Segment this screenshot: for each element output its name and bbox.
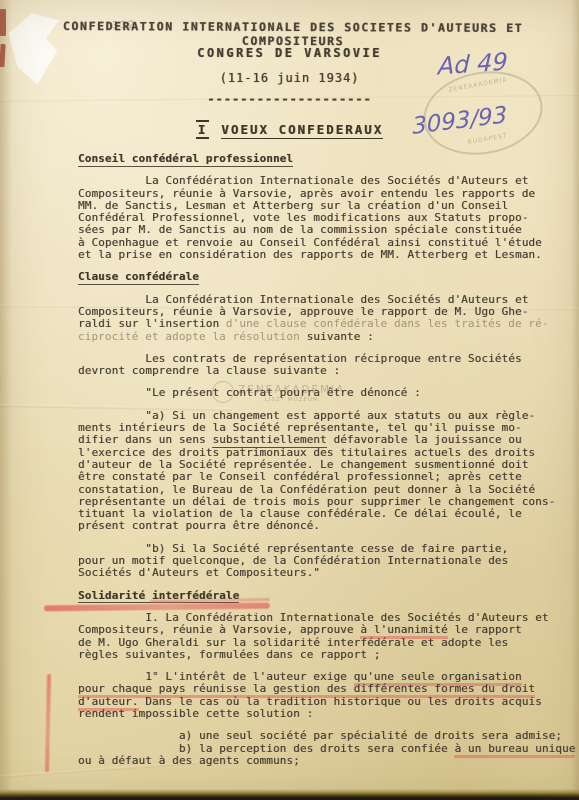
- doc-line: devront comprendre la clause suivante :: [78, 365, 570, 377]
- document-header-line1: CONFEDERATION INTERNATIONALE DES SOCIETE…: [28, 19, 558, 49]
- para-conseil-confederal: La Confédération Internationale des Soci…: [78, 175, 570, 261]
- doc-line: rendent impossible cette solution :: [78, 708, 570, 720]
- document-scan: 332 CONFEDERATION INTERNATIONALE DES SOC…: [0, 0, 579, 800]
- page-title: IVOEUX CONFEDERAUX: [0, 122, 579, 137]
- title-text: VOEUX CONFEDERAUX: [221, 122, 383, 139]
- doc-line: présent contrat pourra être dénoncé.: [78, 520, 570, 532]
- title-roman-numeral: I: [196, 120, 210, 139]
- para-solutions-ab: a) une seul société par spécialité de dr…: [78, 730, 570, 767]
- para-clause-confederale: La Confédération Internationale des Soci…: [78, 294, 570, 343]
- paper-right-edge-shadow: [571, 0, 579, 800]
- doc-line: Clause confédérale: [78, 271, 570, 283]
- doc-line: Sociétés d'Auteurs et Compositeurs.": [78, 567, 570, 579]
- heading-clause-confederale: Clause confédérale: [78, 271, 570, 283]
- para-clause-b: "b) Si la Société représentante cesse de…: [78, 543, 570, 580]
- para-solidarite: I. La Confédération Internationale des S…: [78, 612, 570, 661]
- doc-line: règles suivantes, formulées dans ce rapp…: [78, 649, 570, 661]
- red-pencil-margin-line: [45, 674, 51, 772]
- doc-body: Conseil confédéral professionnel La Conf…: [78, 153, 570, 767]
- heading-conseil-confederal: Conseil confédéral professionnel: [78, 153, 570, 165]
- scan-bottom-edge: [0, 789, 579, 800]
- para-clause-a: "a) Si un changement est apporté aux sta…: [78, 410, 570, 533]
- para-contrats: Les contrats de représentation réciproqu…: [78, 353, 570, 378]
- doc-line: et la prise en considération des rapport…: [78, 249, 570, 261]
- para-denonce-intro: "Le présent contrat pourra être dénoncé …: [78, 387, 570, 399]
- para-interet-auteur: 1° L'intérêt de l'auteur exige qu'une se…: [78, 671, 570, 720]
- doc-line: Conseil confédéral professionnel: [78, 153, 570, 165]
- paper-left-edge-shadow: [0, 0, 12, 800]
- doc-line: ciprocité et adopte la résolution suivan…: [78, 331, 570, 343]
- red-edge-mark: [0, 9, 6, 36]
- doc-line: "Le présent contrat pourra être dénoncé …: [78, 387, 570, 399]
